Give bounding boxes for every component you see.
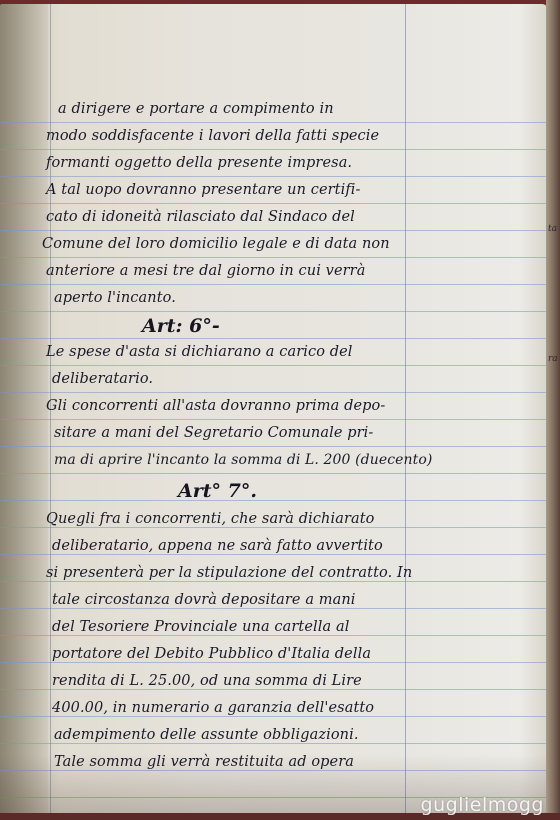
ruled-line bbox=[0, 392, 548, 393]
handwritten-line: Quegli fra i concorrenti, che sarà dichi… bbox=[46, 511, 426, 527]
handwritten-line: ma di aprire l'incanto la somma di L. 20… bbox=[54, 452, 434, 468]
handwritten-line: sitare a mani del Segretario Comunale pr… bbox=[54, 425, 434, 441]
page-gutter-shadow bbox=[0, 4, 48, 814]
ruled-line bbox=[0, 743, 548, 744]
handwritten-line: anteriore a mesi tre dal giorno in cui v… bbox=[46, 263, 426, 279]
ruled-line bbox=[0, 527, 548, 528]
ruled-line bbox=[0, 446, 548, 447]
manuscript-photo: a dirigere e portare a compimento in mod… bbox=[0, 0, 560, 820]
ruled-line bbox=[0, 284, 548, 285]
ruled-line bbox=[0, 365, 548, 366]
handwritten-line: deliberatario, appena ne sarà fatto avve… bbox=[52, 538, 432, 554]
handwritten-line: a dirigere e portare a compimento in bbox=[58, 101, 438, 117]
ruled-line bbox=[0, 500, 548, 501]
manuscript-page: a dirigere e portare a compimento in mod… bbox=[0, 4, 548, 814]
handwritten-line: cato di idoneità rilasciato dal Sindaco … bbox=[46, 209, 426, 225]
adjacent-page-edge: ta ra bbox=[546, 0, 560, 820]
ruled-line bbox=[0, 419, 548, 420]
ruled-line bbox=[0, 149, 548, 150]
handwritten-line: modo soddisfacente i lavori della fatti … bbox=[46, 128, 426, 144]
ruled-line bbox=[0, 203, 548, 204]
ruled-line bbox=[0, 662, 548, 663]
ruled-line bbox=[0, 257, 548, 258]
ruled-line bbox=[0, 554, 548, 555]
ruled-line bbox=[0, 338, 548, 339]
handwritten-line: Gli concorrenti all'asta dovranno prima … bbox=[46, 398, 426, 414]
handwritten-line: del Tesoriere Provinciale una cartella a… bbox=[52, 619, 432, 635]
handwritten-line: si presenterà per la stipulazione del co… bbox=[46, 565, 426, 581]
ruled-line bbox=[0, 581, 548, 582]
handwritten-line: formanti oggetto della presente impresa. bbox=[46, 155, 426, 171]
handwritten-line: A tal uopo dovranno presentare un certif… bbox=[46, 182, 426, 198]
ruled-line bbox=[0, 230, 548, 231]
handwritten-line: deliberatario. bbox=[52, 371, 432, 387]
ruled-line bbox=[0, 122, 548, 123]
handwritten-line: 400.00, in numerario a garanzia dell'esa… bbox=[52, 700, 432, 716]
ruled-line bbox=[0, 473, 548, 474]
margin-mark: ta bbox=[548, 224, 557, 234]
watermark: guglielmogg bbox=[421, 794, 544, 816]
ruled-line bbox=[0, 635, 548, 636]
ruled-line bbox=[0, 176, 548, 177]
ruled-line bbox=[0, 608, 548, 609]
handwritten-line: tale circostanza dovrà depositare a mani bbox=[52, 592, 432, 608]
handwritten-line: Comune del loro domicilio legale e di da… bbox=[42, 236, 422, 252]
handwritten-line: rendita di L. 25.00, od una somma di Lir… bbox=[52, 673, 432, 689]
article-6-heading: Art: 6°- bbox=[142, 315, 220, 337]
handwritten-line: portatore del Debito Pubblico d'Italia d… bbox=[52, 646, 432, 662]
handwritten-line: Le spese d'asta si dichiarano a carico d… bbox=[46, 344, 426, 360]
ruled-line bbox=[0, 689, 548, 690]
article-7-heading: Art° 7°. bbox=[178, 480, 257, 502]
ruled-line bbox=[0, 311, 548, 312]
handwritten-line: adempimento delle assunte obbligazioni. bbox=[54, 727, 434, 743]
margin-mark: ra bbox=[548, 354, 558, 364]
ruled-line bbox=[0, 716, 548, 717]
handwritten-line: aperto l'incanto. bbox=[54, 290, 434, 306]
